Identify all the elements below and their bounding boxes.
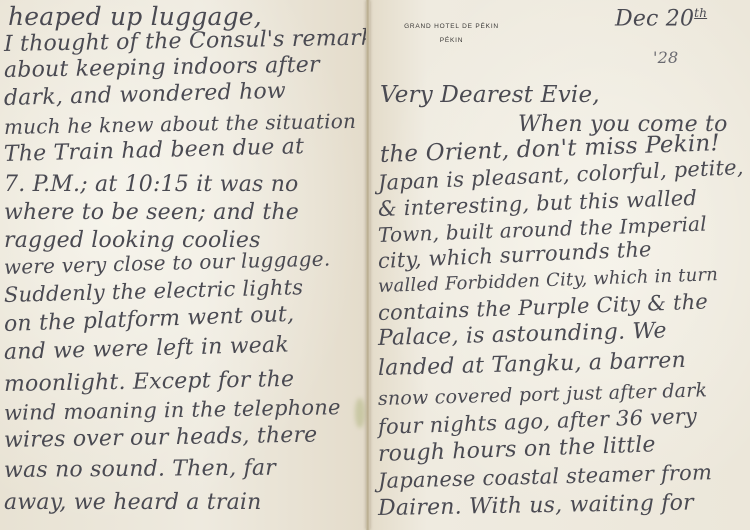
right-page: GRAND HOTEL DE PÉKIN PÉKIN Dec 20th '28 … (370, 0, 750, 530)
date-suffix: th (694, 6, 707, 20)
handwritten-line: 7. P.M.; at 10:15 it was no (4, 172, 299, 198)
handwritten-line: was no sound. Then, far (4, 456, 276, 484)
handwritten-line: away, we heard a train (4, 490, 262, 516)
hotel-letterhead: GRAND HOTEL DE PÉKIN PÉKIN (379, 20, 524, 48)
handwritten-line: wires over our heads, there (4, 423, 318, 454)
letterhead-hotel-name: GRAND HOTEL DE PÉKIN (379, 20, 524, 34)
handwritten-line: heaped up luggage, (8, 4, 262, 30)
left-page: heaped up luggage, I thought of the Cons… (0, 0, 366, 530)
letter-spread: heaped up luggage, I thought of the Cons… (0, 0, 750, 530)
salutation: Very Dearest Evie, (380, 82, 600, 108)
letterhead-city: PÉKIN (379, 34, 524, 48)
handwritten-line: where to be seen; and the (4, 200, 299, 226)
paper-stain (355, 398, 365, 428)
letter-date: Dec 20th (615, 6, 707, 31)
handwritten-line: Dairen. With us, waiting for (378, 490, 694, 522)
page-fold-divider (366, 0, 370, 530)
date-text: Dec 20 (615, 6, 694, 31)
letter-year: '28 (653, 48, 678, 67)
handwritten-line: wind moaning in the telephone (4, 394, 341, 426)
handwritten-line: and we were left in weak (4, 333, 290, 366)
handwritten-line: landed at Tangku, a barren (378, 348, 687, 382)
handwritten-line: dark, and wondered how (4, 79, 287, 112)
handwritten-line: moonlight. Except for the (4, 367, 295, 398)
